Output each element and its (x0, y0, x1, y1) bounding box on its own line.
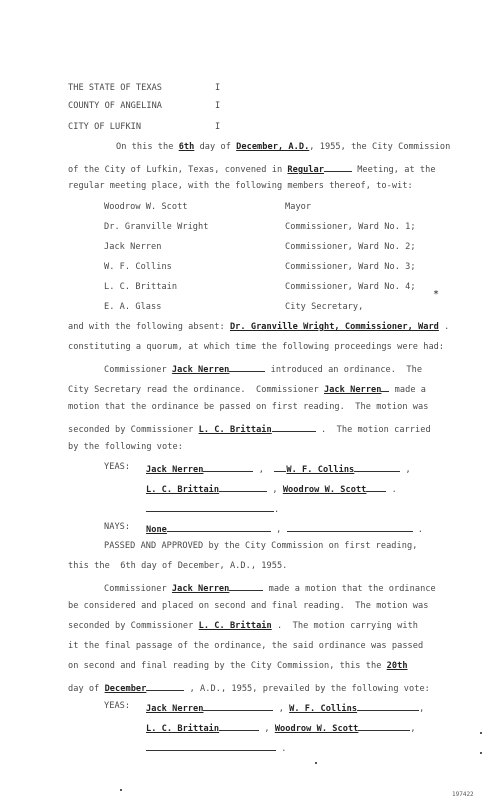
caption-bracket: I (215, 83, 220, 94)
member-name: W. F. Collins (104, 262, 172, 273)
ordinance-motion-line: motion that the ordinance be passed on f… (68, 402, 428, 413)
caption-city: CITY OF LUFKIN (68, 122, 141, 133)
member-title: Mayor (285, 202, 311, 213)
meeting-day: 6th (179, 142, 195, 152)
absent-line: and with the following absent: Dr. Granv… (68, 322, 449, 333)
scan-speck (480, 732, 482, 734)
passed-date-line: this the 6th day of December, A.D., 1955… (68, 561, 287, 572)
member-name: Dr. Granville Wright (104, 222, 208, 233)
ordinance-vote-line: by the following vote: (68, 442, 183, 453)
scan-speck (120, 789, 122, 791)
yea-entry-blank: . (146, 502, 279, 516)
yeas-label: YEAS: (104, 462, 130, 473)
member-title: City Secretary, (285, 302, 363, 313)
caption-state: THE STATE OF TEXAS (68, 83, 162, 94)
intro-line-3: regular meeting place, with the followin… (68, 181, 413, 192)
nays-label: NAYS: (104, 522, 130, 533)
member-title: Commissioner, Ward No. 4; (285, 282, 416, 293)
member-name: Woodrow W. Scott (104, 202, 188, 213)
second-reading-line-6: day of December , A.D., 1955, prevailed … (68, 681, 430, 695)
second-reading-line-2: be considered and placed on second and f… (68, 601, 428, 612)
intro-line-1: On this the 6th day of December, A.D., 1… (116, 142, 450, 153)
page-stamp: 197422 (452, 791, 474, 798)
scan-speck (480, 752, 482, 754)
intro-line-2: of the City of Lufkin, Texas, convened i… (68, 162, 436, 176)
caption-county: COUNTY OF ANGELINA (68, 101, 162, 112)
caption-bracket: I (215, 122, 220, 133)
second-reading-second: seconded by Commissioner L. C. Brittain … (68, 621, 418, 632)
nay-entry: None , . (146, 522, 423, 536)
second-reading-line-4: it the final passage of the ordinance, t… (68, 641, 423, 652)
quorum-line: constituting a quorum, at which time the… (68, 342, 444, 353)
passed-line: PASSED AND APPROVED by the City Commissi… (104, 541, 417, 552)
yeas-label: YEAS: (104, 701, 130, 712)
second-reading-motion: Commissioner Jack Nerren made a motion t… (104, 581, 436, 595)
meeting-month: December, A.D. (236, 142, 309, 152)
ordinance-read-line: City Secretary read the ordinance. Commi… (68, 382, 426, 396)
yea-entry: Jack Nerren , W. F. Collins, (146, 701, 424, 715)
yea-entry: L. C. Brittain , Woodrow W. Scott, (146, 721, 416, 735)
caption-bracket: I (215, 101, 220, 112)
yea-entry: Jack Nerren , W. F. Collins , (146, 462, 411, 476)
margin-asterisk: * (433, 289, 439, 300)
final-day: 20th (387, 661, 408, 671)
scan-speck (315, 762, 317, 764)
second-reading-line-5: on second and final reading by the City … (68, 661, 408, 672)
absent-names: Dr. Granville Wright, Commissioner, Ward (230, 322, 439, 332)
yea-entry-blank: . (146, 741, 286, 755)
final-month: December (105, 684, 147, 694)
member-title: Commissioner, Ward No. 2; (285, 242, 416, 253)
meeting-type: Regular (287, 165, 324, 175)
member-name: L. C. Brittain (104, 282, 177, 293)
ordinance-intro-line: Commissioner Jack Nerren introduced an o… (104, 362, 422, 376)
member-name: E. A. Glass (104, 302, 161, 313)
yea-entry: L. C. Brittain , Woodrow W. Scott . (146, 482, 397, 496)
member-title: Commissioner, Ward No. 3; (285, 262, 416, 273)
member-name: Jack Nerren (104, 242, 161, 253)
member-title: Commissioner, Ward No. 1; (285, 222, 416, 233)
ordinance-second-line: seconded by Commissioner L. C. Brittain … (68, 422, 431, 436)
document-page: THE STATE OF TEXAS I COUNTY OF ANGELINA … (0, 0, 490, 800)
